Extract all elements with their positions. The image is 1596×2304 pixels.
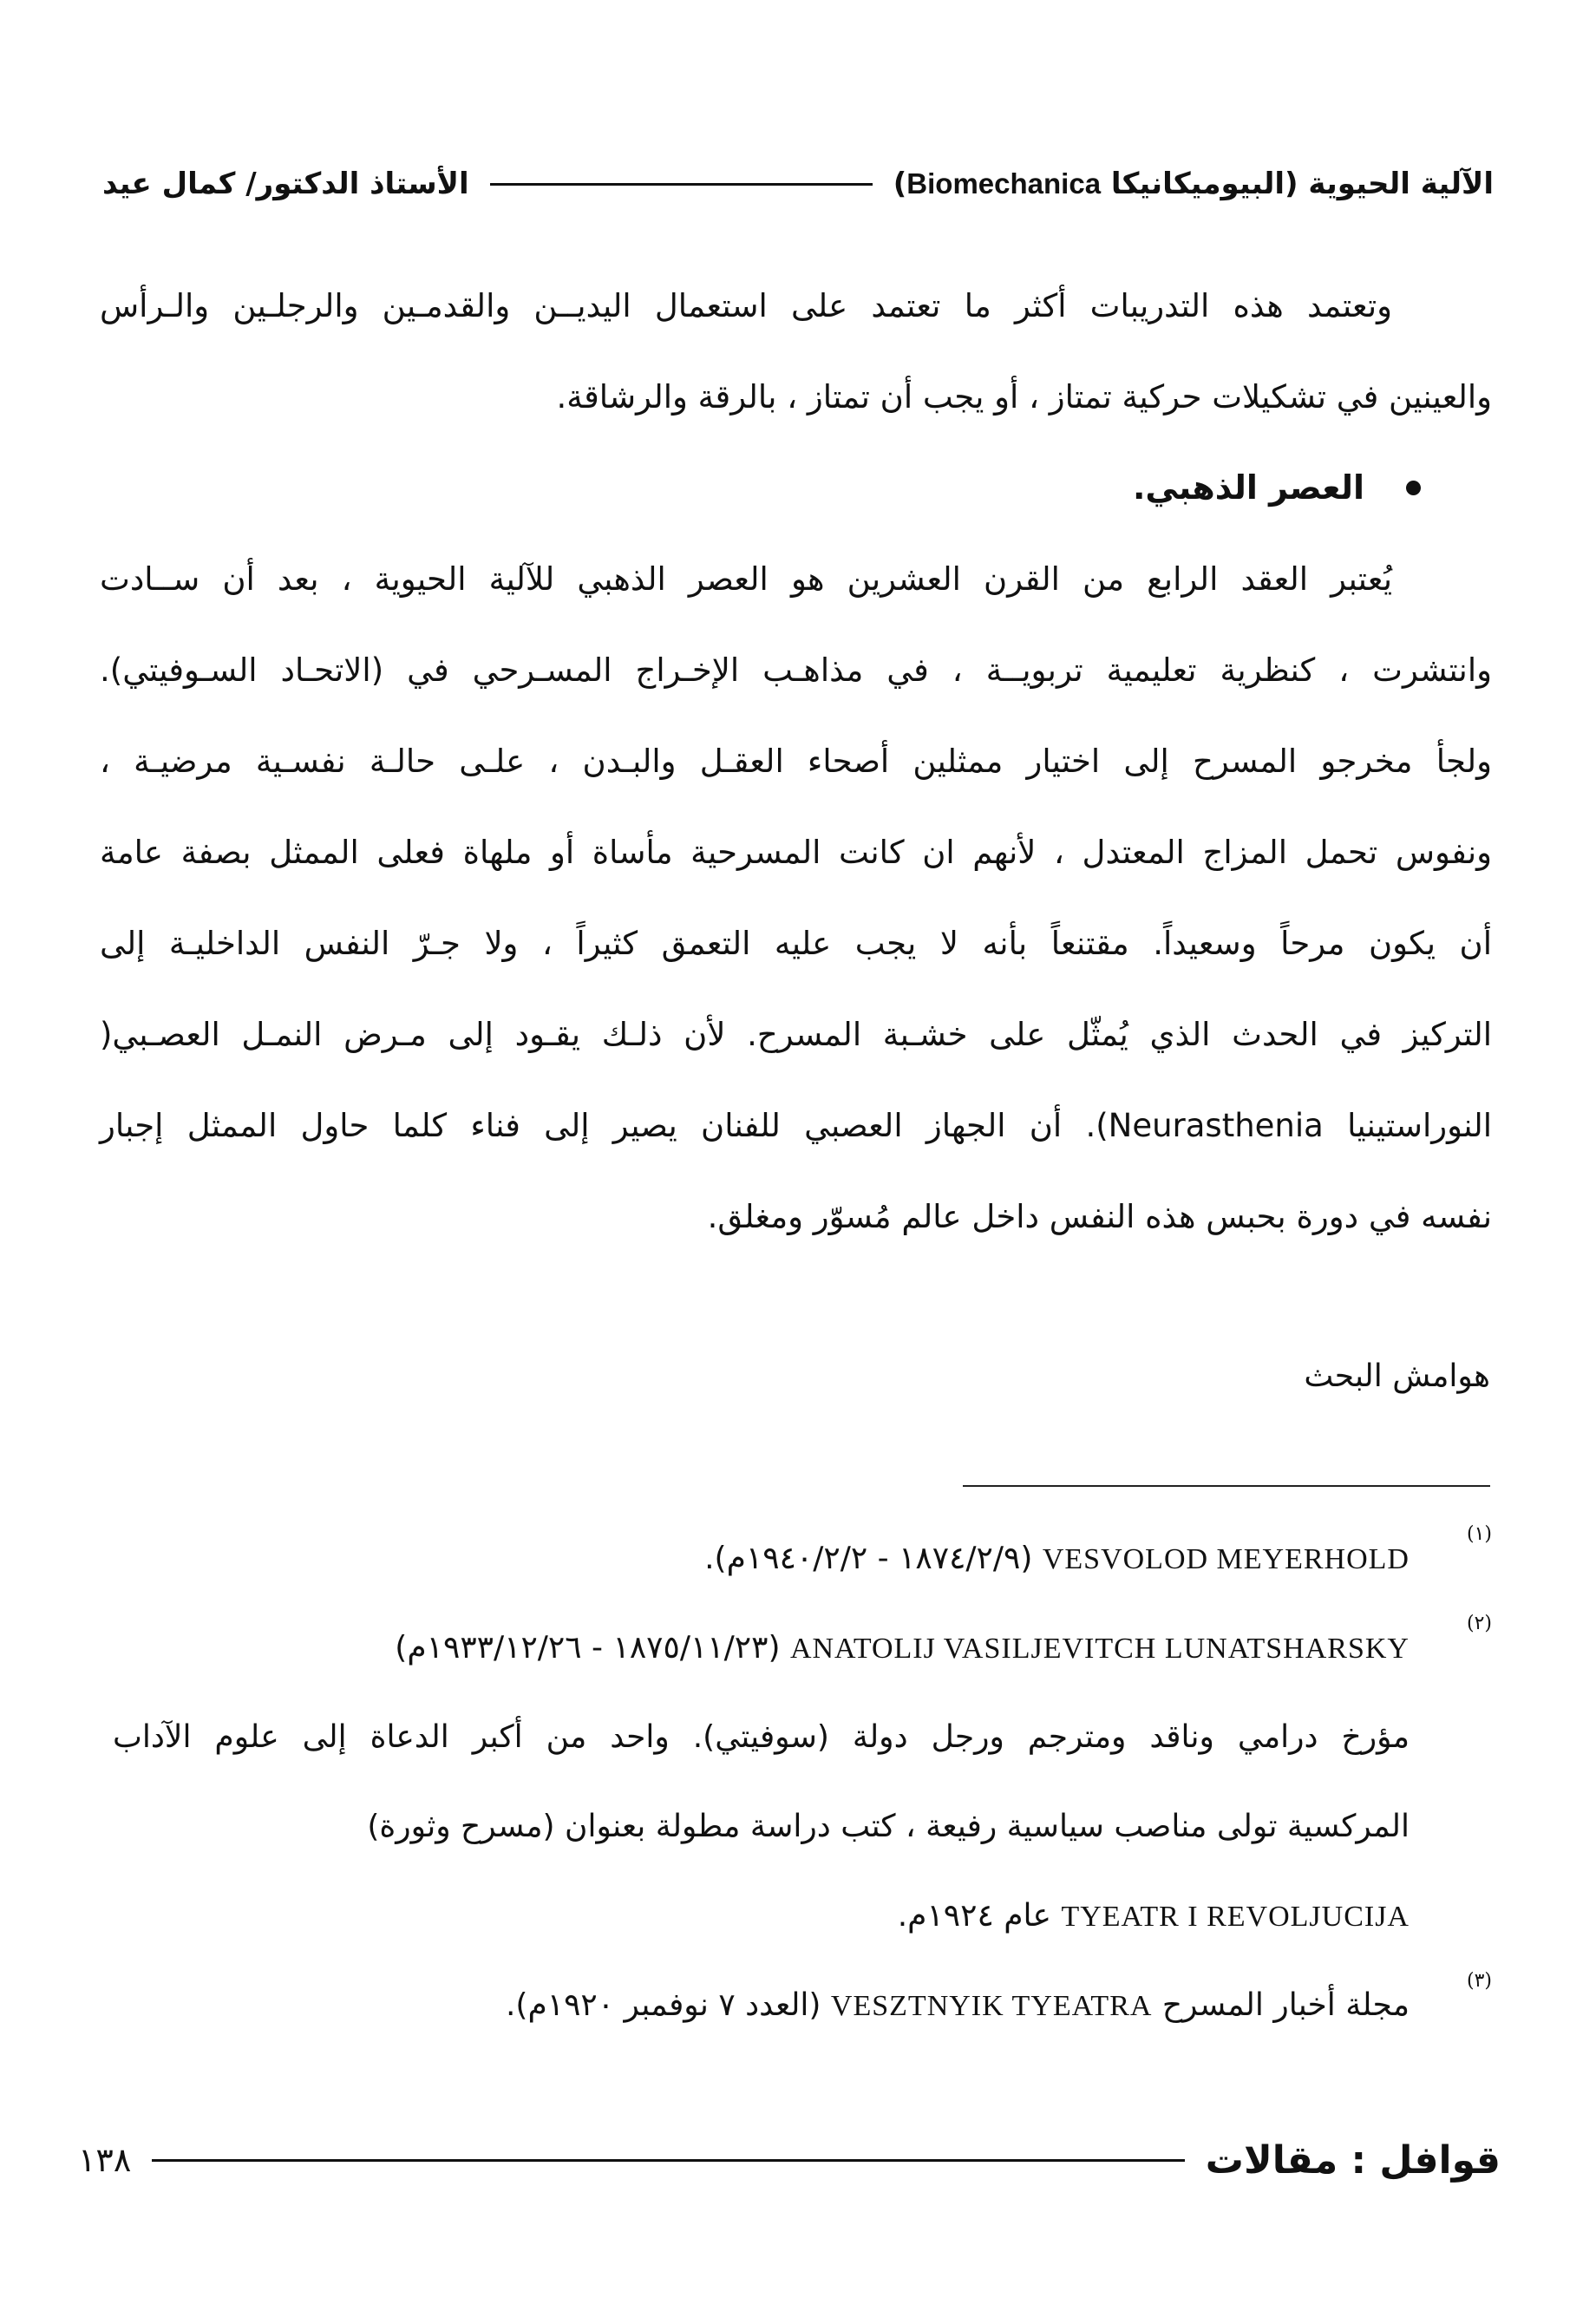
footnote-2: (٢) ANATOLIJ VASILJEVITCH LUNATSHARSKY (… bbox=[113, 1603, 1492, 1692]
footnote-number: (٢) bbox=[1467, 1579, 1492, 1668]
footnote-latin: TYEATR I REVOLJUCIJA bbox=[1061, 1901, 1410, 1933]
section-heading-text: العصر الذهبي. bbox=[1133, 442, 1364, 533]
paragraph-line: أن يكون مرحاً وسعيداً. مقتنعاً بأنه لا ي… bbox=[100, 898, 1492, 989]
paragraph-line: والعينين في تشكيلات حركية تمتاز ، أو يجب… bbox=[100, 351, 1492, 442]
footnote-latin: ANATOLIJ VASILJEVITCH LUNATSHARSKY bbox=[790, 1633, 1410, 1665]
notes-title: هوامش البحث bbox=[1304, 1358, 1490, 1394]
footnote-latin: VESZTNYIK TYEATRA bbox=[831, 1990, 1153, 2022]
footnote-rule bbox=[963, 1485, 1490, 1487]
article-body: وتعتمد هذه التدريبات أكثر ما تعتمد على ا… bbox=[100, 260, 1492, 1262]
footnote-text: (العدد ٧ نوفمبر ١٩٢٠م). bbox=[506, 1987, 821, 2023]
footnote-3: (٣) مجلة أخبار المسرح VESZTNYIK TYEATRA … bbox=[113, 1960, 1492, 2050]
paragraph-line: النوراستينيا Neurasthenia). أن الجهاز ال… bbox=[100, 1080, 1492, 1171]
footnote-prefix: مجلة أخبار المسرح bbox=[1162, 1987, 1410, 2023]
footnote-2-continuation: مؤرخ درامي وناقد ومترجم ورجل دولة (سوفيت… bbox=[113, 1692, 1492, 1782]
paragraph-line: ونفوس تحمل المزاج المعتدل ، لأنهم ان كان… bbox=[100, 807, 1492, 898]
bullet-icon bbox=[1406, 481, 1421, 495]
paragraph-line: يُعتبر العقد الرابع من القرن العشرين هو … bbox=[100, 533, 1492, 625]
header-author: الأستاذ الدكتور/ كمال عيد bbox=[102, 167, 469, 201]
header-rule bbox=[490, 183, 873, 186]
section-heading: العصر الذهبي. bbox=[100, 442, 1492, 533]
journal-name: قوافل : مقالات bbox=[1206, 2138, 1501, 2183]
running-footer: قوافل : مقالات ١٣٨ bbox=[78, 2130, 1501, 2190]
footnote-number: (٣) bbox=[1467, 1936, 1492, 2026]
footnote-text: (١٨٧٥/١١/٢٣ - ١٩٣٣/١٢/٢٦م) bbox=[395, 1630, 780, 1666]
page-number: ١٣٨ bbox=[78, 2141, 131, 2179]
header-title-paren: ) bbox=[893, 167, 907, 201]
footnote-latin: VESVOLOD MEYERHOLD bbox=[1043, 1543, 1410, 1575]
footnote-2-continuation: المركسية تولى مناصب سياسية رفيعة ، كتب د… bbox=[113, 1782, 1492, 1871]
footnote-text: (١٨٧٤/٢/٩ - ١٩٤٠/٢/٢م). bbox=[704, 1541, 1032, 1576]
header-title-latin: Biomechanica bbox=[906, 167, 1101, 200]
footnote-number: (١) bbox=[1467, 1489, 1492, 1579]
paragraph-line: نفسه في دورة بحبس هذه النفس داخل عالم مُ… bbox=[100, 1171, 1492, 1262]
footnotes: (١) VESVOLOD MEYERHOLD (١٨٧٤/٢/٩ - ١٩٤٠/… bbox=[113, 1514, 1492, 2050]
paragraph-line: التركيز في الحدث الذي يُمثّل على خشـبة ا… bbox=[100, 989, 1492, 1080]
header-title-arabic: الآلية الحيوية (البيوميكانيكا bbox=[1111, 167, 1494, 201]
header-title: الآلية الحيوية (البيوميكانيكا Biomechani… bbox=[893, 167, 1494, 201]
paragraph-line: ولجأ مخرجو المسرح إلى اختيار ممثلين أصحا… bbox=[100, 716, 1492, 807]
footnote-text: عام ١٩٢٤م. bbox=[898, 1898, 1051, 1934]
footnote-1: (١) VESVOLOD MEYERHOLD (١٨٧٤/٢/٩ - ١٩٤٠/… bbox=[113, 1514, 1492, 1603]
running-header: الآلية الحيوية (البيوميكانيكا Biomechani… bbox=[102, 158, 1494, 210]
paragraph-line: وتعتمد هذه التدريبات أكثر ما تعتمد على ا… bbox=[100, 260, 1492, 351]
paragraph-line: وانتشرت ، كنظرية تعليمية تربويــة ، في م… bbox=[100, 625, 1492, 716]
footnote-2-last-line: TYEATR I REVOLJUCIJA عام ١٩٢٤م. bbox=[113, 1871, 1492, 1960]
footer-rule bbox=[152, 2159, 1185, 2162]
